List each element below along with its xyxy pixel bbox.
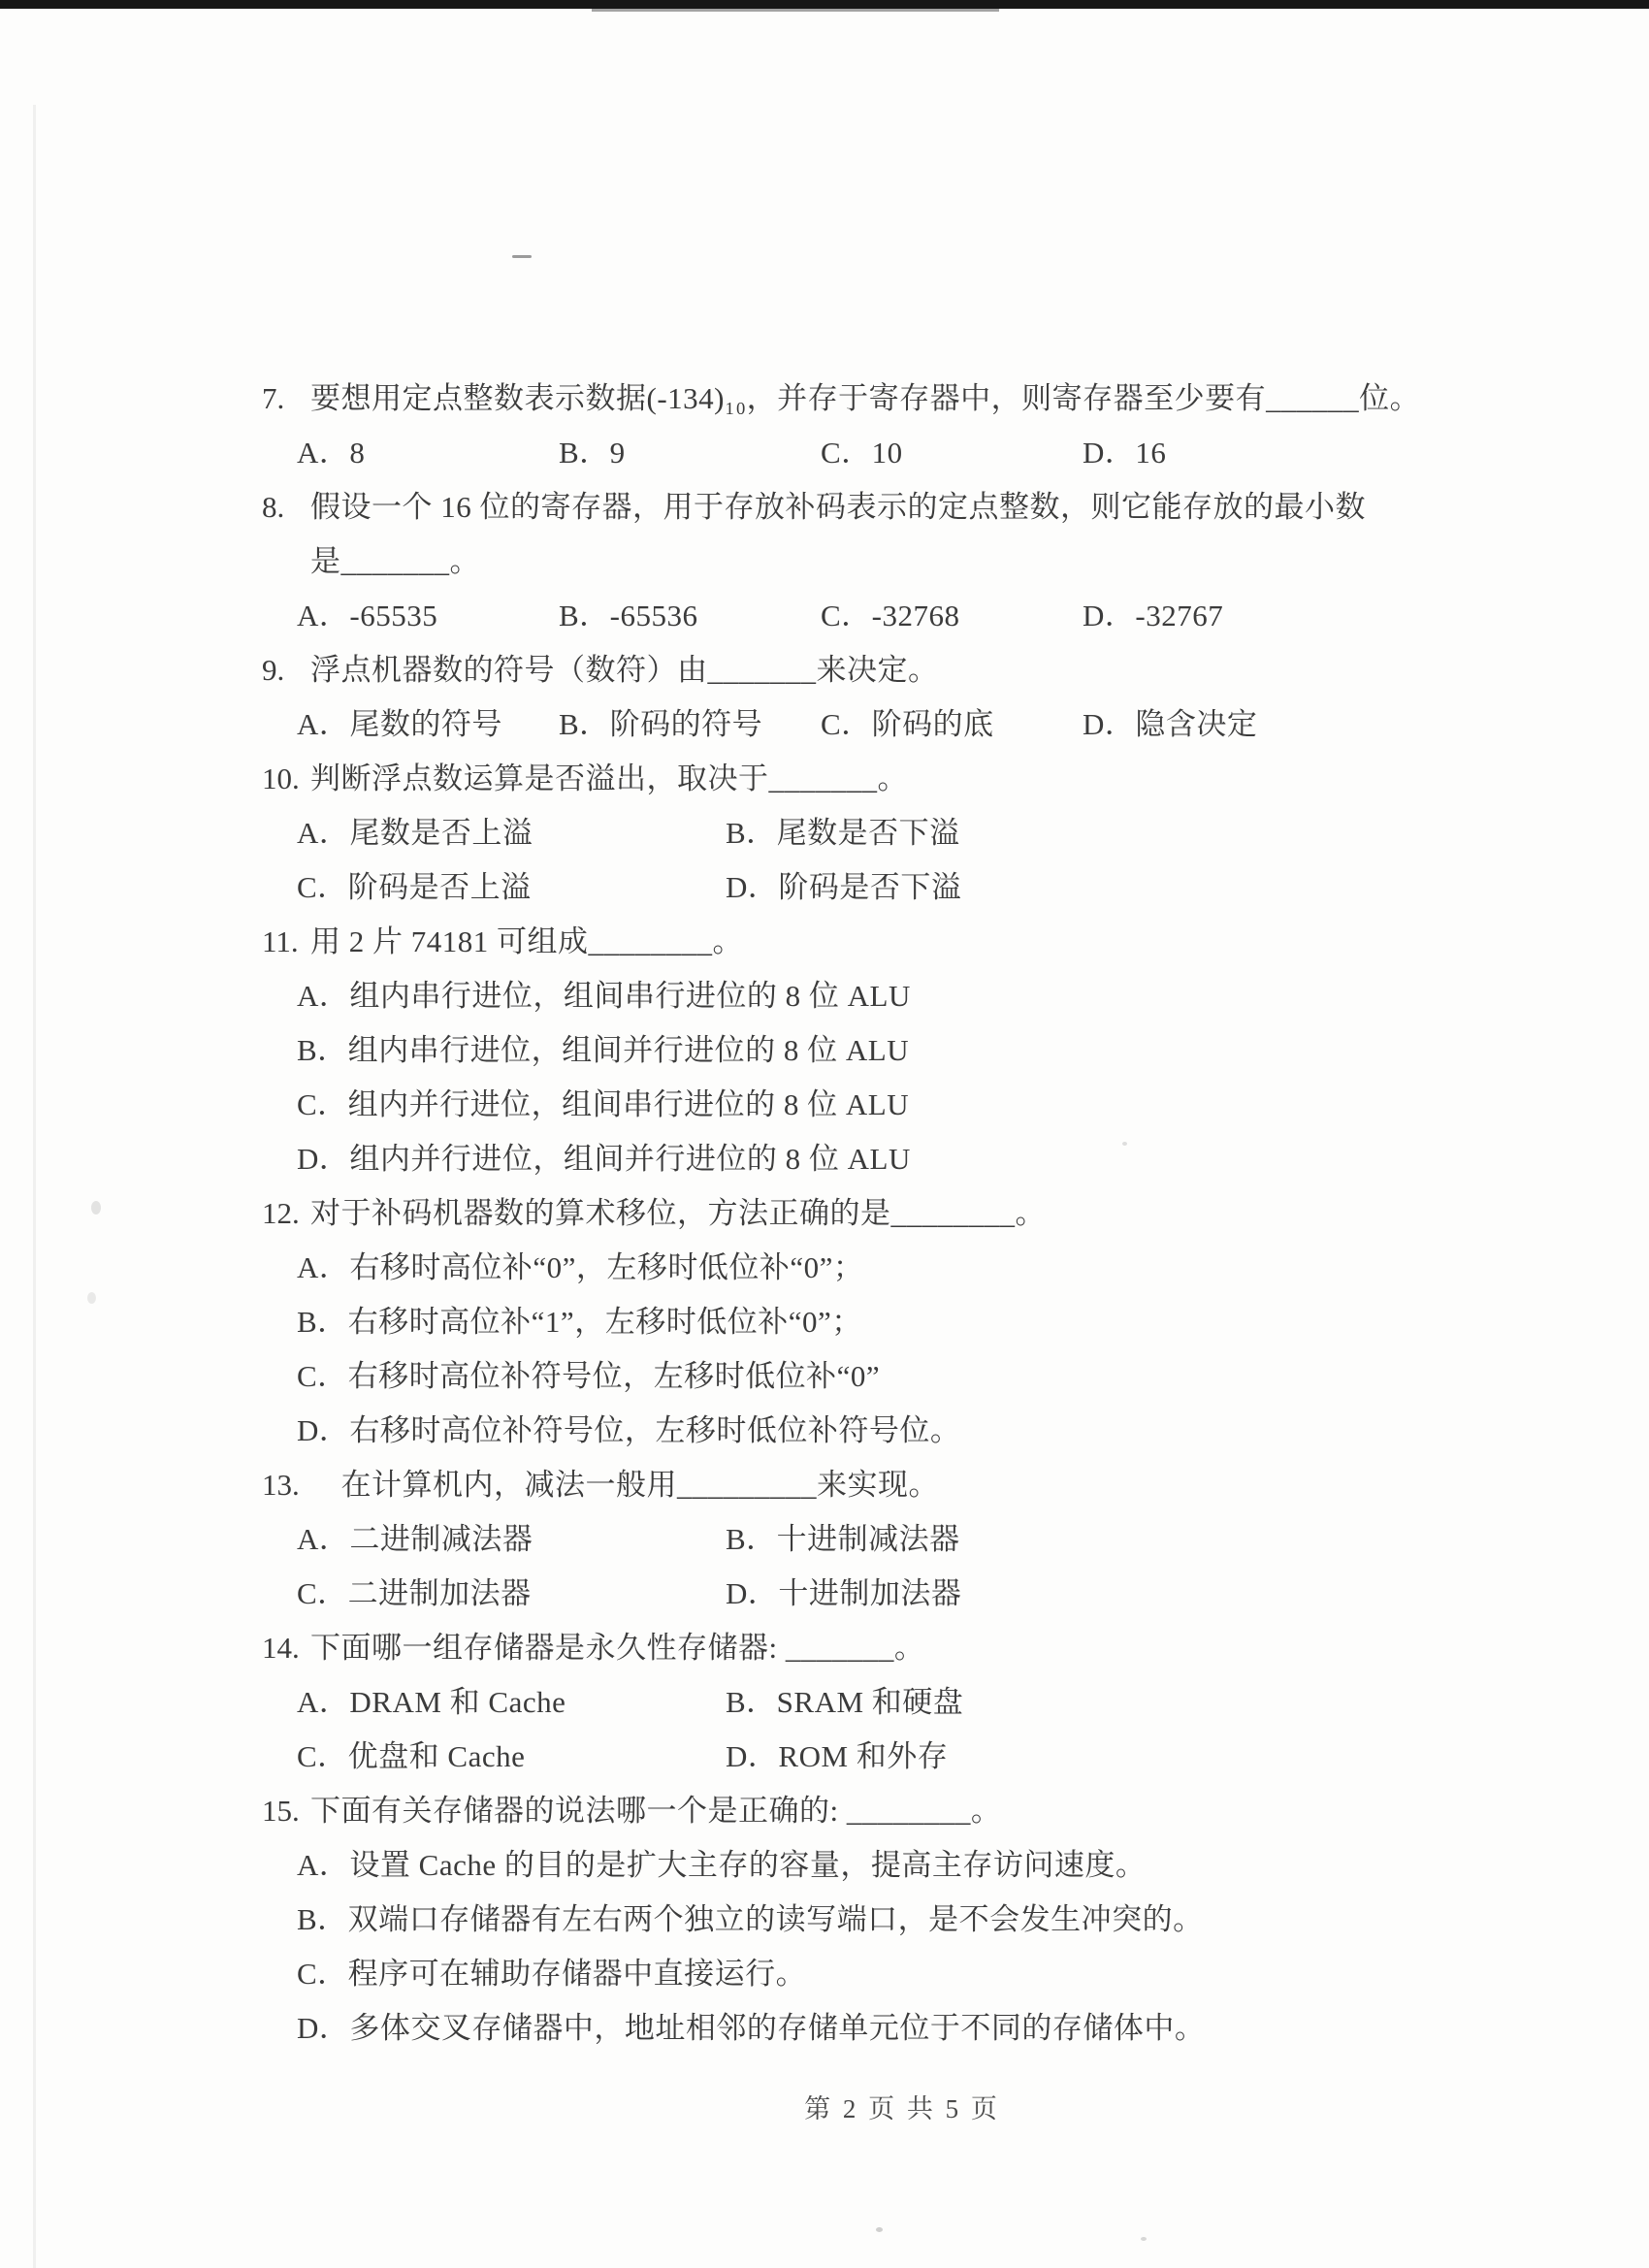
question-number: 10. (262, 752, 310, 806)
option: C．阶码的底 (821, 697, 1083, 752)
option: D．十进制加法器 (726, 1567, 1154, 1621)
option-row: D．右移时高位补符号位，左移时低位补符号位。 (262, 1404, 1610, 1458)
option: C．10 (821, 426, 1083, 480)
exam-page-scan: 7.要想用定点整数表示数据(-134)₁₀，并存于寄存器中，则寄存器至少要有__… (0, 0, 1649, 2268)
question-stem-text: 要想用定点整数表示数据(-134)₁₀，并存于寄存器中，则寄存器至少要有____… (310, 372, 1420, 426)
question-stem-line: 15.下面有关存储器的说法哪一个是正确的: ________。 (262, 1784, 1610, 1838)
question-number: 7. (262, 372, 310, 426)
option-row: A．组内串行进位，组间串行进位的 8 位 ALU (262, 969, 1610, 1023)
option-row: C．组内并行进位，组间串行进位的 8 位 ALU (262, 1078, 1610, 1132)
option: C．优盘和 Cache (297, 1730, 726, 1784)
scan-artifact-smudge (87, 1292, 96, 1304)
option: A．DRAM 和 Cache (297, 1675, 726, 1730)
option-row: C．阶码是否上溢D．阶码是否下溢 (262, 860, 1610, 915)
option: C．右移时高位补符号位，左移时低位补“0” (297, 1349, 880, 1404)
scan-artifact-left-line (33, 105, 36, 2268)
option-row: A．设置 Cache 的目的是扩大主存的容量，提高主存访问速度。 (262, 1838, 1610, 1893)
option-row: D．组内并行进位，组间并行进位的 8 位 ALU (262, 1132, 1610, 1186)
question-number: 13. (262, 1458, 310, 1512)
option-row: A．尾数是否上溢B．尾数是否下溢 (262, 806, 1610, 860)
question-stem-line: 14.下面哪一组存储器是永久性存储器: _______。 (262, 1621, 1610, 1675)
option: C．二进制加法器 (297, 1567, 726, 1621)
option: A．设置 Cache 的目的是扩大主存的容量，提高主存访问速度。 (297, 1838, 1146, 1893)
question-number: 15. (262, 1784, 310, 1838)
question-number: 14. (262, 1621, 310, 1675)
question-number: 8. (262, 480, 310, 535)
option: C．-32768 (821, 589, 1083, 643)
scan-artifact-top-edge (0, 0, 1649, 9)
question-stem-line: 12.对于补码机器数的算术移位，方法正确的是________。 (262, 1186, 1610, 1241)
option: D．隐含决定 (1083, 697, 1344, 752)
option: B．-65536 (559, 589, 821, 643)
option: D．ROM 和外存 (726, 1730, 1154, 1784)
question-stem-line: 13. 在计算机内，减法一般用_________来实现。 (262, 1458, 1610, 1512)
option: A．尾数是否上溢 (297, 806, 726, 860)
option: A．组内串行进位，组间串行进位的 8 位 ALU (297, 969, 911, 1023)
option-row: D．多体交叉存储器中，地址相邻的存储单元位于不同的存储体中。 (262, 2001, 1610, 2056)
question-stem-line: 是_______。 (262, 535, 1610, 589)
option-row: B．组内串行进位，组间并行进位的 8 位 ALU (262, 1023, 1610, 1078)
option: B．十进制减法器 (726, 1512, 1154, 1567)
option: B．双端口存储器有左右两个独立的读写端口，是不会发生冲突的。 (297, 1893, 1204, 1947)
question-stem-line: 10.判断浮点数运算是否溢出，取决于_______。 (262, 752, 1610, 806)
option-row: A．-65535B．-65536C．-32768D．-32767 (262, 589, 1610, 643)
option: C．组内并行进位，组间串行进位的 8 位 ALU (297, 1078, 909, 1132)
option: C．程序可在辅助存储器中直接运行。 (297, 1947, 806, 2001)
option: B．右移时高位补“1”，左移时低位补“0”； (297, 1295, 862, 1349)
option-row: A．尾数的符号B．阶码的符号C．阶码的底D．隐含决定 (262, 697, 1610, 752)
option: D．16 (1083, 426, 1344, 480)
scan-artifact-dot (876, 2227, 883, 2232)
question-stem-text: 判断浮点数运算是否溢出，取决于_______。 (310, 752, 908, 806)
option-row: A．右移时高位补“0”，左移时低位补“0”； (262, 1241, 1610, 1295)
option: D．阶码是否下溢 (726, 860, 1154, 915)
option: A．二进制减法器 (297, 1512, 726, 1567)
option-row: C．右移时高位补符号位，左移时低位补“0” (262, 1349, 1610, 1404)
question-stem-text: 下面有关存储器的说法哪一个是正确的: ________。 (310, 1784, 1001, 1838)
option: B．SRAM 和硬盘 (726, 1675, 1154, 1730)
option: D．组内并行进位，组间并行进位的 8 位 ALU (297, 1132, 911, 1186)
option: C．阶码是否上溢 (297, 860, 726, 915)
question-stem-text: 浮点机器数的符号（数符）由_______来决定。 (310, 643, 939, 697)
option: B．9 (559, 426, 821, 480)
option: A．尾数的符号 (297, 697, 559, 752)
question-stem-text: 假设一个 16 位的寄存器，用于存放补码表示的定点整数，则它能存放的最小数 (310, 480, 1366, 535)
question-number: 9. (262, 643, 310, 697)
option-row: C．程序可在辅助存储器中直接运行。 (262, 1947, 1610, 2001)
option-row: C．优盘和 CacheD．ROM 和外存 (262, 1730, 1610, 1784)
question-stem-text: 在计算机内，减法一般用_________来实现。 (310, 1458, 939, 1512)
question-stem-text: 下面哪一组存储器是永久性存储器: _______。 (310, 1621, 924, 1675)
option: D．-32767 (1083, 589, 1344, 643)
option-row: C．二进制加法器D．十进制加法器 (262, 1567, 1610, 1621)
option-row: A．8B．9C．10D．16 (262, 426, 1610, 480)
scan-artifact-top-edge-2 (592, 9, 999, 12)
option: B．尾数是否下溢 (726, 806, 1154, 860)
scan-artifact-dash (512, 255, 532, 258)
option: B．阶码的符号 (559, 697, 821, 752)
option: D．右移时高位补符号位，左移时低位补符号位。 (297, 1404, 960, 1458)
option-row: A．DRAM 和 CacheB．SRAM 和硬盘 (262, 1675, 1610, 1730)
page-footer: 第 2 页 共 5 页 (0, 2088, 1649, 2125)
question-stem-line: 9.浮点机器数的符号（数符）由_______来决定。 (262, 643, 1610, 697)
question-stem-text: 用 2 片 74181 可组成________。 (310, 915, 743, 969)
page-number-text: 第 2 页 共 5 页 (804, 2088, 1000, 2125)
scan-artifact-dot (1141, 2237, 1147, 2241)
option: B．组内串行进位，组间并行进位的 8 位 ALU (297, 1023, 909, 1078)
question-stem-line: 7.要想用定点整数表示数据(-134)₁₀，并存于寄存器中，则寄存器至少要有__… (262, 372, 1610, 426)
question-stem-text: 对于补码机器数的算术移位，方法正确的是________。 (310, 1186, 1046, 1241)
option: A．-65535 (297, 589, 559, 643)
question-stem-text: 是_______。 (310, 535, 480, 589)
option-row: B．双端口存储器有左右两个独立的读写端口，是不会发生冲突的。 (262, 1893, 1610, 1947)
option: A．8 (297, 426, 559, 480)
option-row: A．二进制减法器B．十进制减法器 (262, 1512, 1610, 1567)
option: D．多体交叉存储器中，地址相邻的存储单元位于不同的存储体中。 (297, 2001, 1205, 2056)
question-number: 12. (262, 1186, 310, 1241)
question-number: 11. (262, 915, 310, 969)
option: A．右移时高位补“0”，左移时低位补“0”； (297, 1241, 863, 1295)
question-stem-line: 11.用 2 片 74181 可组成________。 (262, 915, 1610, 969)
question-list: 7.要想用定点整数表示数据(-134)₁₀，并存于寄存器中，则寄存器至少要有__… (262, 372, 1610, 2056)
option-row: B．右移时高位补“1”，左移时低位补“0”； (262, 1295, 1610, 1349)
scan-artifact-smudge (91, 1201, 101, 1215)
question-stem-line: 8.假设一个 16 位的寄存器，用于存放补码表示的定点整数，则它能存放的最小数 (262, 480, 1610, 535)
